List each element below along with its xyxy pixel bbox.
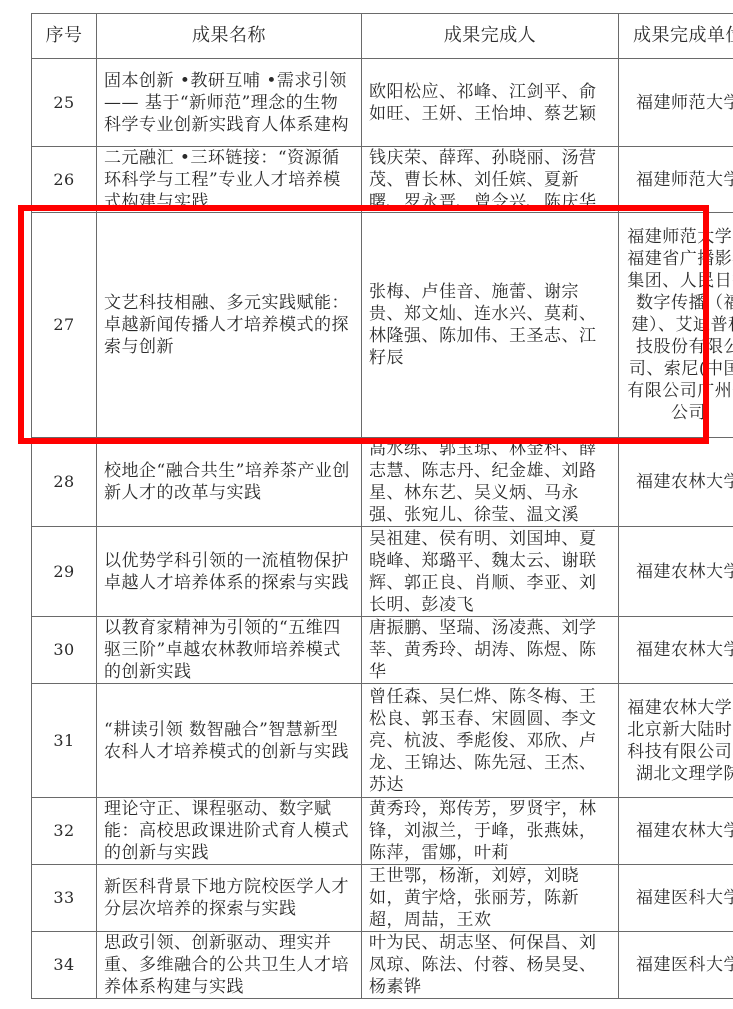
row-no: 28 xyxy=(32,438,97,527)
table-row: 26 二元融汇 •三环链接：“资源循环科学与工程”专业人才培养模式构建与实践 钱… xyxy=(32,147,733,213)
table-row: 34 思政引领、创新驱动、理实并重、多维融合的公共卫生人才培养体系构建与实践 叶… xyxy=(32,932,733,999)
header-no: 序号 xyxy=(32,14,97,59)
row-unit: 福建农林大学、北京新大陆时代科技有限公司、湖北文理学院 xyxy=(619,684,733,798)
table-header-row: 序号 成果名称 成果完成人 成果完成单位 xyxy=(32,14,733,59)
row-people-text: 钱庆荣、薛珲、孙晓丽、汤营茂、曹长林、刘任嫔、夏新曙、罗永晋、曾令兴、陈庆华 xyxy=(369,147,611,212)
row-people: 曾任森、吴仁烨、陈冬梅、王松良、郭玉春、宋圆圆、李文亮、杭波、季彪俊、邓欣、卢龙… xyxy=(362,684,619,798)
table-row: 29 以优势学科引领的一流植物保护卓越人才培养体系的探索与实践 吴祖建、侯有明、… xyxy=(32,527,733,617)
row-unit: 福建农林大学 xyxy=(619,527,733,617)
row-unit: 福建农林大学 xyxy=(619,438,733,527)
header-name: 成果名称 xyxy=(97,14,362,59)
row-people: 叶为民、胡志坚、何保昌、刘凤琼、陈法、付蓉、杨昊旻、杨素铧 xyxy=(362,932,619,999)
row-name: 以优势学科引领的一流植物保护卓越人才培养体系的探索与实践 xyxy=(97,527,362,617)
row-no: 34 xyxy=(32,932,97,999)
table-row: 32 理论守正、课程驱动、数字赋能：高校思政课进阶式育人模式的创新与实践 黄秀玲… xyxy=(32,798,733,865)
row-name: 思政引领、创新驱动、理实并重、多维融合的公共卫生人才培养体系构建与实践 xyxy=(97,932,362,999)
row-name: 以教育家精神为引领的“五维四驱三阶”卓越农林教师培养模式的创新实践 xyxy=(97,617,362,684)
row-people: 张梅、卢佳音、施蕾、谢宗贵、郑文灿、连水兴、莫莉、林隆强、陈加伟、王圣志、江籽辰 xyxy=(362,213,619,438)
header-people: 成果完成人 xyxy=(362,14,619,59)
row-name: 新医科背景下地方院校医学人才分层次培养的探索与实践 xyxy=(97,865,362,932)
row-unit: 福建师范大学 xyxy=(619,147,733,213)
row-people: 欧阳松应、祁峰、江剑平、俞如旺、王妍、王怡坤、蔡艺颖 xyxy=(362,59,619,147)
table-row: 25 固本创新 •教研互哺 •需求引领—— 基于“新师范”理念的生物科学专业创新… xyxy=(32,59,733,147)
table-row: 28 校地企“融合共生”培养茶产业创新人才的改革与实践 高水练、郭玉琼、林金科、… xyxy=(32,438,733,527)
row-people: 高水练、郭玉琼、林金科、薛志慧、陈志丹、纪金雄、刘路星、林东艺、吴义炳、马永强、… xyxy=(362,438,619,527)
row-no: 27 xyxy=(32,213,97,438)
row-no: 25 xyxy=(32,59,97,147)
row-unit: 福建医科大学 xyxy=(619,865,733,932)
header-unit: 成果完成单位 xyxy=(619,14,733,59)
row-no: 29 xyxy=(32,527,97,617)
row-unit: 福建医科大学 xyxy=(619,932,733,999)
row-people: 吴祖建、侯有明、刘国坤、夏晓峰、郑璐平、魏太云、谢联辉、郭正良、肖顺、李亚、刘长… xyxy=(362,527,619,617)
table-row-highlighted: 27 文艺科技相融、多元实践赋能：卓越新闻传播人才培养模式的探索与创新 张梅、卢… xyxy=(32,213,733,438)
row-name: 二元融汇 •三环链接：“资源循环科学与工程”专业人才培养模式构建与实践 xyxy=(97,147,362,213)
table-row: 30 以教育家精神为引领的“五维四驱三阶”卓越农林教师培养模式的创新实践 唐振鹏… xyxy=(32,617,733,684)
row-no: 30 xyxy=(32,617,97,684)
row-unit: 福建农林大学 xyxy=(619,798,733,865)
table-row: 33 新医科背景下地方院校医学人才分层次培养的探索与实践 王世鄂，杨渐，刘婷，刘… xyxy=(32,865,733,932)
row-name: 文艺科技相融、多元实践赋能：卓越新闻传播人才培养模式的探索与创新 xyxy=(97,213,362,438)
row-people: 王世鄂，杨渐，刘婷，刘晓如，黄宇焓，张丽芳，陈新超，周喆，王欢 xyxy=(362,865,619,932)
achievements-table: 序号 成果名称 成果完成人 成果完成单位 25 固本创新 •教研互哺 •需求引领… xyxy=(31,13,733,999)
row-no: 26 xyxy=(32,147,97,213)
row-name: 校地企“融合共生”培养茶产业创新人才的改革与实践 xyxy=(97,438,362,527)
row-no: 33 xyxy=(32,865,97,932)
row-people: 唐振鹏、坚瑞、汤凌燕、刘学莘、黄秀玲、胡涛、陈煜、陈华 xyxy=(362,617,619,684)
row-name-text: 二元融汇 •三环链接：“资源循环科学与工程”专业人才培养模式构建与实践 xyxy=(104,147,354,212)
row-people: 黄秀玲，郑传芳，罗贤宇，林锋，刘淑兰，于峰，张燕妹，陈萍，雷娜，叶莉 xyxy=(362,798,619,865)
row-people: 钱庆荣、薛珲、孙晓丽、汤营茂、曹长林、刘任嫔、夏新曙、罗永晋、曾令兴、陈庆华 xyxy=(362,147,619,213)
row-unit: 福建农林大学 xyxy=(619,617,733,684)
row-name: “耕读引领 数智融合”智慧新型农科人才培养模式的创新与实践 xyxy=(97,684,362,798)
row-unit: 福建师范大学、福建省广播影视集团、人民日报数字传播（福建）、艾迪普科技股份有限公… xyxy=(619,213,733,438)
row-name: 固本创新 •教研互哺 •需求引领—— 基于“新师范”理念的生物科学专业创新实践育… xyxy=(97,59,362,147)
table-row: 31 “耕读引领 数智融合”智慧新型农科人才培养模式的创新与实践 曾任森、吴仁烨… xyxy=(32,684,733,798)
row-no: 32 xyxy=(32,798,97,865)
row-no: 31 xyxy=(32,684,97,798)
row-unit: 福建师范大学 xyxy=(619,59,733,147)
row-name: 理论守正、课程驱动、数字赋能：高校思政课进阶式育人模式的创新与实践 xyxy=(97,798,362,865)
